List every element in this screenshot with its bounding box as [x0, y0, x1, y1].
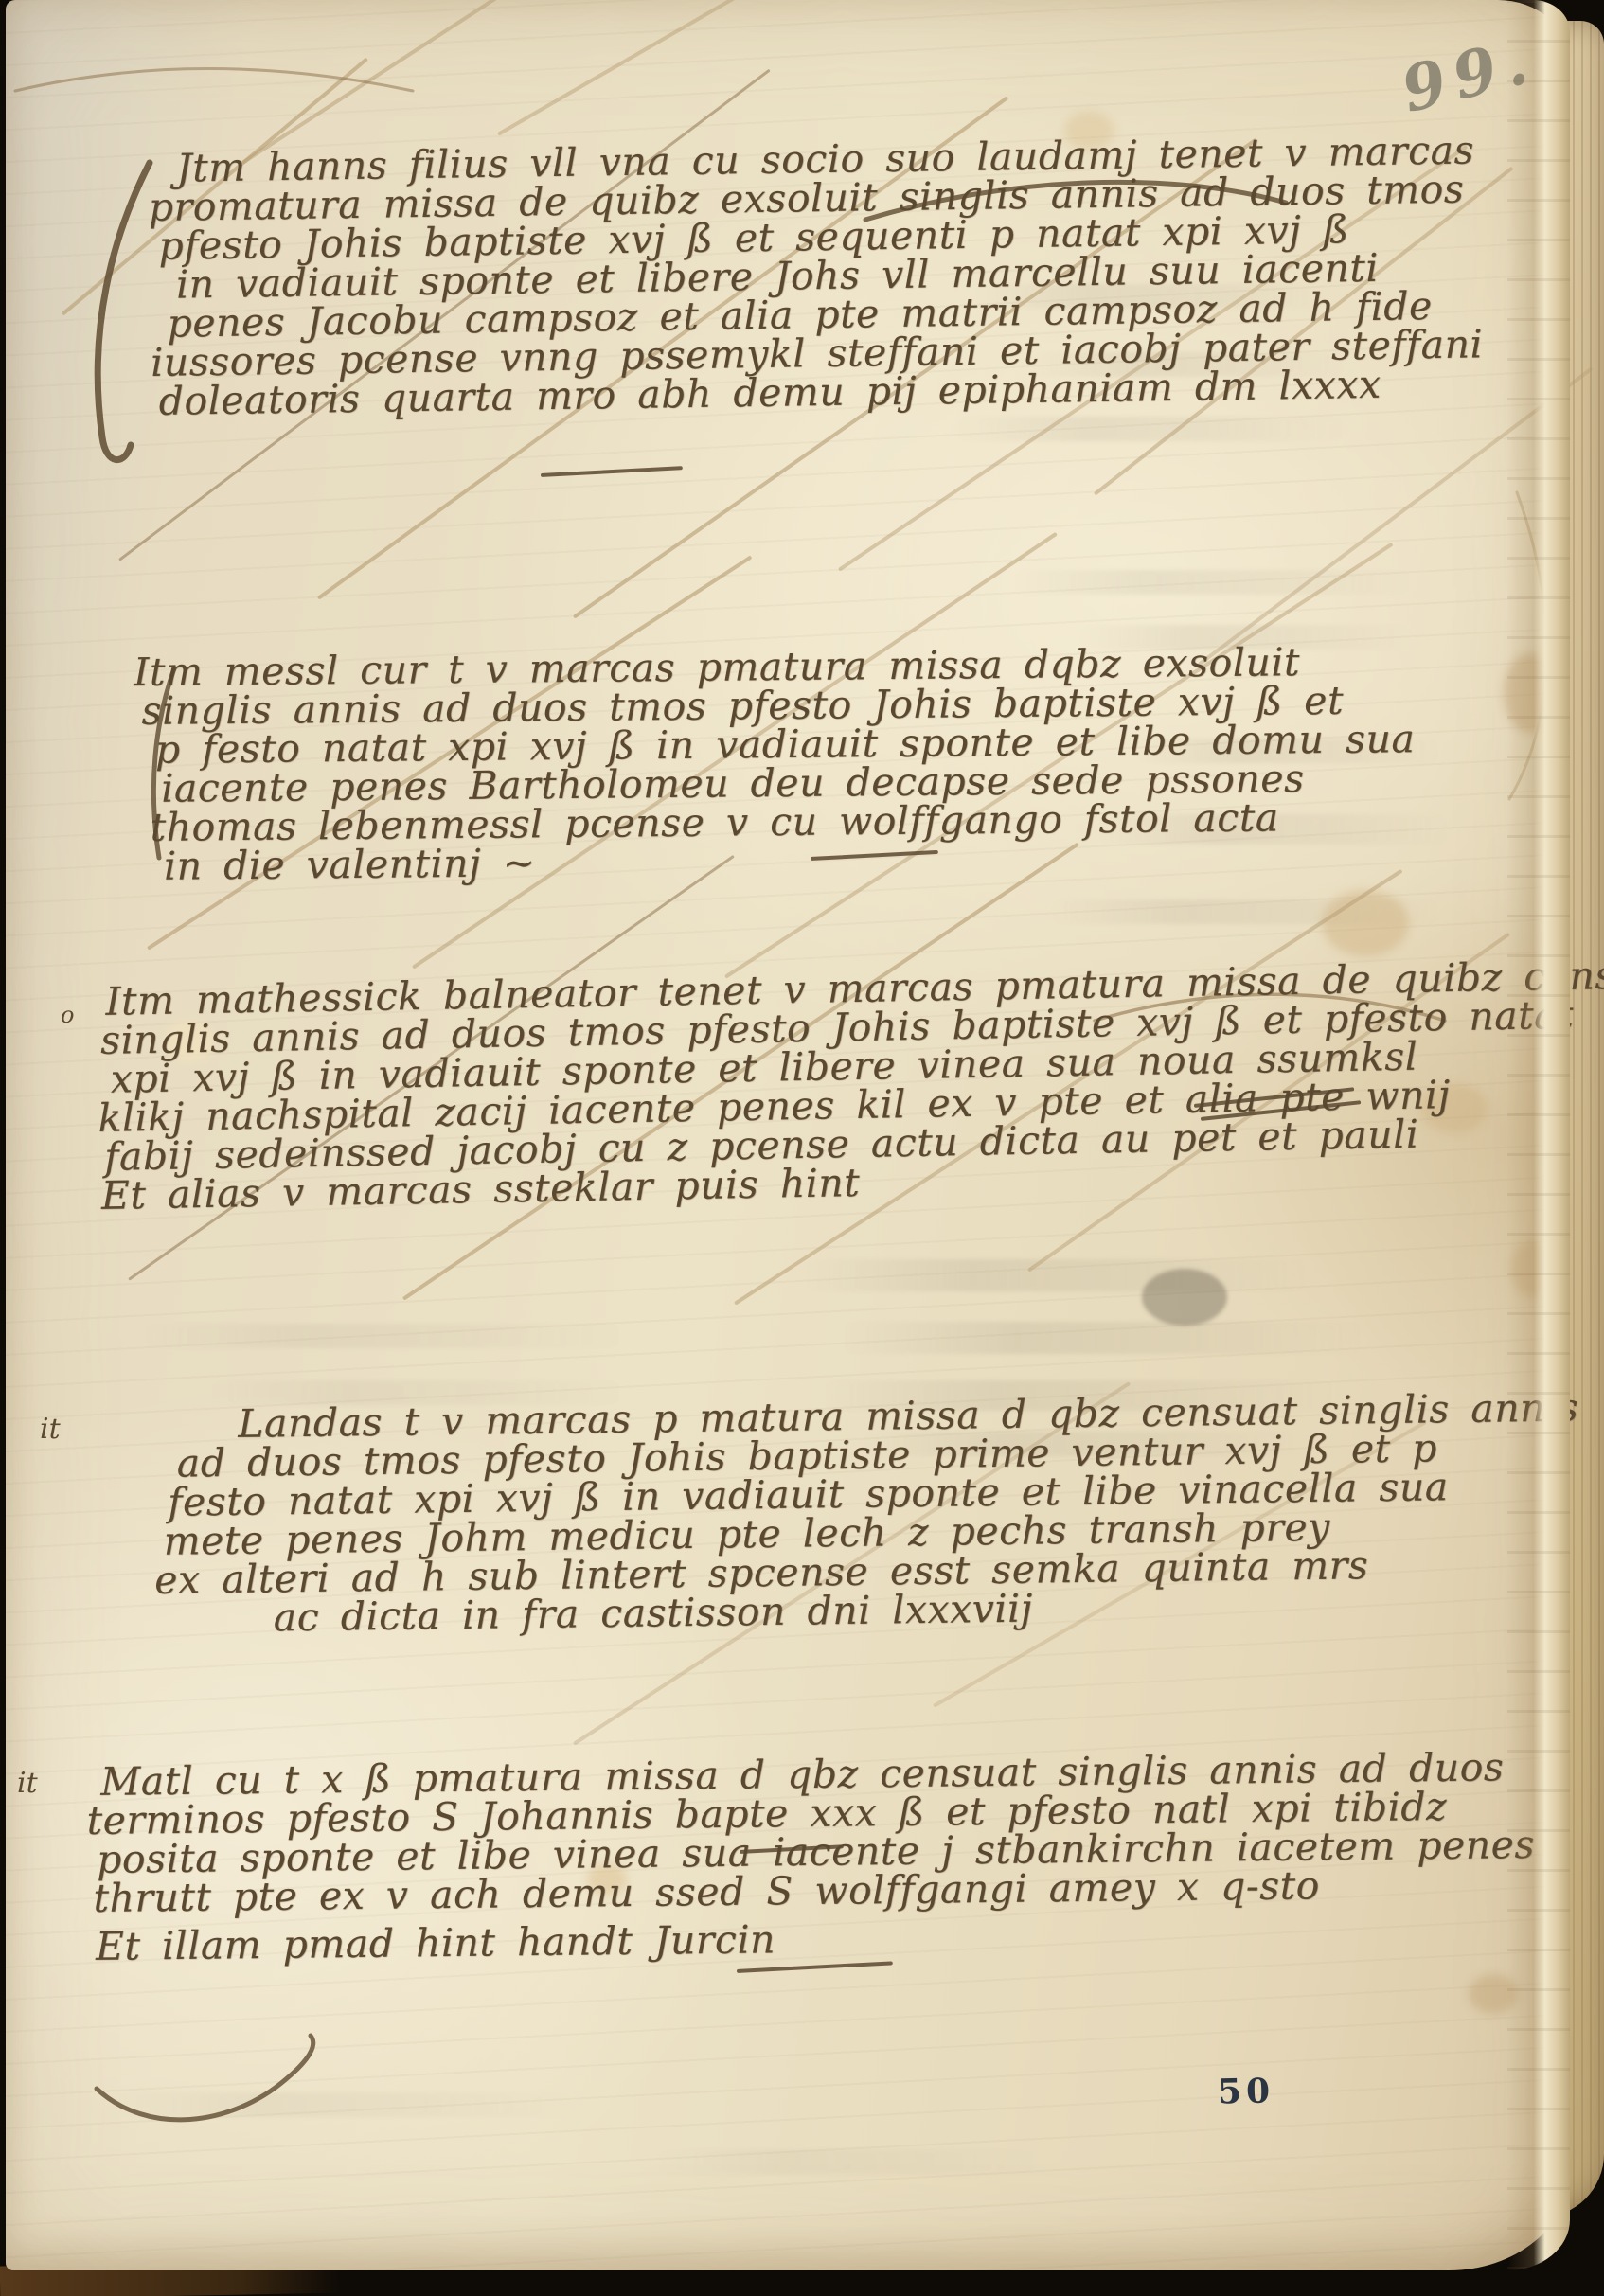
bleedthrough-line: [650, 2149, 1047, 2174]
initial-flourish: [98, 163, 150, 460]
entry-block-1: Jtm hanns filius vll vna cu socio suo la…: [148, 131, 1484, 421]
erased-smudge: [1142, 1269, 1227, 1326]
bleedthrough-line: [839, 1322, 1369, 1354]
marginal-mark: it: [40, 1413, 61, 1446]
stamp-folio-number: 50: [1218, 2071, 1275, 2111]
word-strikethrough: [541, 466, 683, 477]
cancellation-stroke: [497, 0, 844, 136]
bleedthrough-line: [138, 1324, 631, 1348]
manuscript-page: Jtm hanns filius vll vna cu socio suo la…: [6, 0, 1570, 2270]
bleedthrough-line: [953, 417, 1350, 441]
entry-block-2: Itm messl cur t v marcas pmatura missa d…: [134, 642, 1417, 886]
marginal-mark: it: [17, 1767, 38, 1800]
marginal-mark: o: [61, 1002, 74, 1028]
entry-block-4: Landas t v marcas p matura missa d qbz c…: [148, 1389, 1581, 1639]
manuscript-line: thomas lebenmessl pcense v cu wolffgango…: [150, 797, 1416, 847]
bleedthrough-line: [110, 2092, 583, 2117]
entry-block-3: Itm mathessick balneator tenet v marcas …: [96, 955, 1604, 1216]
word-strikethrough: [737, 1961, 893, 1973]
manuscript-line: Et illam pmad hint handt Jurcin: [96, 1913, 1536, 1967]
bleedthrough-line: [1009, 570, 1417, 595]
stain: [1322, 890, 1409, 956]
deckle-edge: [1507, 0, 1570, 2270]
entry-block-5: Matl cu t x ß pmatura missa d qbz censua…: [86, 1748, 1536, 1967]
bleedthrough-line: [801, 1259, 1312, 1291]
